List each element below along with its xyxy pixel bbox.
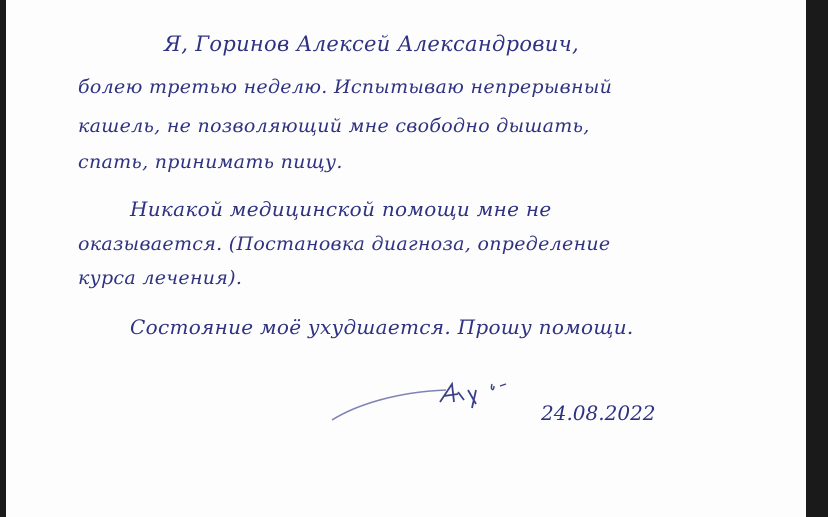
signature-icon xyxy=(6,0,806,517)
handwritten-letter-page: Я, Горинов Алексей Александрович, болею … xyxy=(6,0,806,517)
letter-date: 24.08.2022 xyxy=(541,401,656,425)
